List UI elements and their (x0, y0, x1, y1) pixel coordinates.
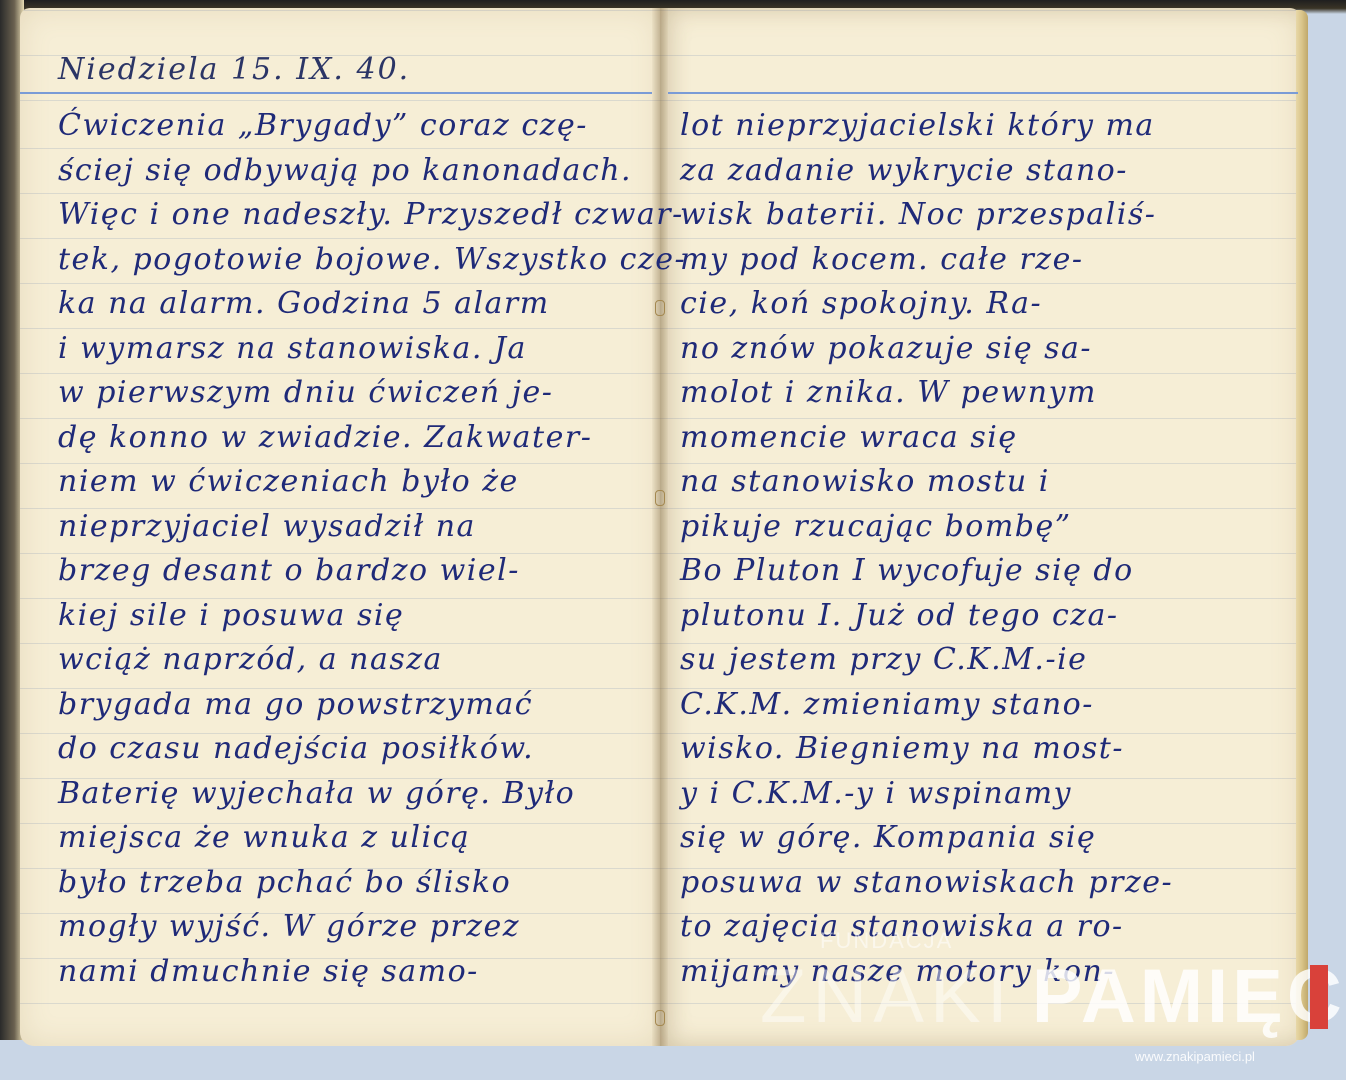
handwritten-line: brzeg desant o bardzo wiel- (58, 549, 638, 594)
handwritten-line: miejsca że wnuka z ulicą (58, 816, 638, 861)
handwritten-line: za zadanie wykrycie stano- (680, 149, 1280, 194)
handwritten-line: Bo Pluton I wycofuje się do (680, 549, 1280, 594)
handwritten-line: su jestem przy C.K.M.-ie (680, 638, 1280, 683)
handwritten-line: Ćwiczenia „Brygady” coraz czę- (58, 104, 638, 149)
handwritten-line: C.K.M. zmieniamy stano- (680, 683, 1280, 728)
handwritten-line: wisk baterii. Noc przespaliś- (680, 193, 1280, 238)
handwritten-line: no znów pokazuje się sa- (680, 327, 1280, 372)
handwritten-line: Więc i one nadeszły. Przyszedł czwar- (58, 193, 638, 238)
handwritten-line: nami dmuchnie się samo- (58, 950, 638, 995)
handwritten-line: dę konno w zwiadzie. Zakwater- (58, 416, 638, 461)
handwritten-line: to zajęcia stanowiska a ro- (680, 905, 1280, 950)
watermark-word-znaki: ZNAKI (760, 953, 1014, 1040)
handwritten-line: Baterię wyjechała w górę. Było (58, 772, 638, 817)
watermark-word-pamieci: PAMIĘCI (1032, 953, 1346, 1040)
handwritten-line: y i C.K.M.-y i wspinamy (680, 772, 1280, 817)
binding-stitch (655, 490, 665, 506)
handwritten-line: wciąż naprzód, a nasza (58, 638, 638, 683)
handwritten-line: na stanowisko mostu i (680, 460, 1280, 505)
handwritten-line: do czasu nadejścia posiłków. (58, 727, 638, 772)
handwritten-line: tek, pogotowie bojowe. Wszystko cze- (58, 238, 638, 283)
binding-stitch (655, 300, 665, 316)
handwritten-line: mogły wyjść. W górze przez (58, 905, 638, 950)
handwritten-line: się w górę. Kompania się (680, 816, 1280, 861)
left-page-text: Ćwiczenia „Brygady” coraz czę- ściej się… (58, 104, 638, 994)
right-page-header-rule (668, 92, 1298, 94)
handwritten-line: wisko. Biegniemy na most- (680, 727, 1280, 772)
handwritten-line: brygada ma go powstrzymać (58, 683, 638, 728)
right-page-text: lot nieprzyjacielski który ma za zadanie… (680, 104, 1280, 994)
handwritten-line: pikuje rzucając bombę” (680, 505, 1280, 550)
handwritten-line: kiej sile i posuwa się (58, 594, 638, 639)
handwritten-line: momencie wraca się (680, 416, 1280, 461)
handwritten-line: cie, koń spokojny. Ra- (680, 282, 1280, 327)
handwritten-line: molot i znika. W pewnym (680, 371, 1280, 416)
left-page-header-rule (20, 92, 652, 94)
handwritten-line: plutonu I. Już od tego cza- (680, 594, 1280, 639)
handwritten-line: ściej się odbywają po kanonadach. (58, 149, 638, 194)
handwritten-line: w pierwszym dniu ćwiczeń je- (58, 371, 638, 416)
handwritten-line: lot nieprzyjacielski który ma (680, 104, 1280, 149)
watermark-accent-bar (1310, 965, 1328, 1029)
handwritten-line: niem w ćwiczeniach było że (58, 460, 638, 505)
diary-entry-date: Niedziela 15. IX. 40. (58, 52, 410, 87)
watermark-url: www.znakipamieci.pl (1135, 1049, 1255, 1064)
binding-stitch (655, 1010, 665, 1026)
handwritten-line: i wymarsz na stanowiska. Ja (58, 327, 638, 372)
handwritten-line: posuwa w stanowiskach prze- (680, 861, 1280, 906)
handwritten-line: my pod kocem. całe rze- (680, 238, 1280, 283)
handwritten-line: ka na alarm. Godzina 5 alarm (58, 282, 638, 327)
binding-gutter (652, 8, 668, 1046)
page-block-edge (1296, 10, 1308, 1040)
watermark-logo: ZNAKI PAMIĘCI (760, 950, 1346, 1040)
handwritten-line: nieprzyjaciel wysadził na (58, 505, 638, 550)
handwritten-line: było trzeba pchać bo ślisko (58, 861, 638, 906)
